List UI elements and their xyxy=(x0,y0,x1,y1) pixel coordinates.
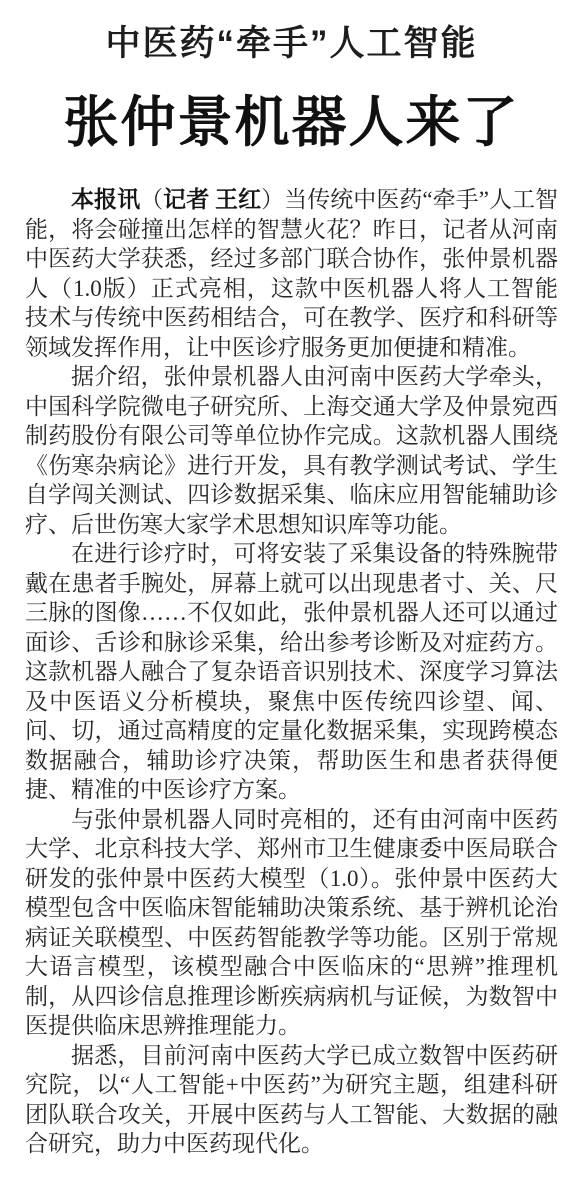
paragraph: 据悉，目前河南中医药大学已成立数智中医药研究院，以“人工智能+中医药”为研究主题… xyxy=(25,1041,558,1159)
headline-kicker: 中医药“牵手”人工智能 xyxy=(0,16,583,66)
paragraph: 据介绍，张仲景机器人由河南中医药大学牵头，中国科学院微电子研究所、上海交通大学及… xyxy=(25,362,558,539)
article-body: 本报讯（记者 王红）当传统中医药“牵手”人工智能，将会碰撞出怎样的智慧火花？昨日… xyxy=(0,185,583,1159)
byline-prefix: 本报讯 xyxy=(71,187,140,212)
paragraph-text: 在进行诊疗时，可将安装了采集设备的特殊腕带戴在患者手腕处，屏幕上就可以出现患者寸… xyxy=(25,541,558,802)
paragraph-lead: 本报讯（记者 王红）当传统中医药“牵手”人工智能，将会碰撞出怎样的智慧火花？昨日… xyxy=(25,185,558,362)
main-headline: 张仲景机器人来了 xyxy=(0,78,583,157)
byline-paren-open: （ xyxy=(140,187,163,212)
paragraph: 在进行诊疗时，可将安装了采集设备的特殊腕带戴在患者手腕处，屏幕上就可以出现患者寸… xyxy=(25,539,558,805)
byline-paren-close: ） xyxy=(261,187,284,212)
paragraph-text: 据悉，目前河南中医药大学已成立数智中医药研究院，以“人工智能+中医药”为研究主题… xyxy=(25,1043,558,1157)
newspaper-article-page: 中医药“牵手”人工智能 张仲景机器人来了 本报讯（记者 王红）当传统中医药“牵手… xyxy=(0,0,583,1177)
paragraph-text: 当传统中医药“牵手”人工智能，将会碰撞出怎样的智慧火花？昨日，记者从河南中医药大… xyxy=(25,187,558,360)
paragraph: 与张仲景机器人同时亮相的，还有由河南中医药大学、北京科技大学、郑州市卫生健康委中… xyxy=(25,805,558,1041)
paragraph-text: 与张仲景机器人同时亮相的，还有由河南中医药大学、北京科技大学、郑州市卫生健康委中… xyxy=(25,807,558,1039)
byline-reporter: 记者 王红 xyxy=(163,187,261,212)
paragraph-text: 据介绍，张仲景机器人由河南中医药大学牵头，中国科学院微电子研究所、上海交通大学及… xyxy=(25,364,558,537)
